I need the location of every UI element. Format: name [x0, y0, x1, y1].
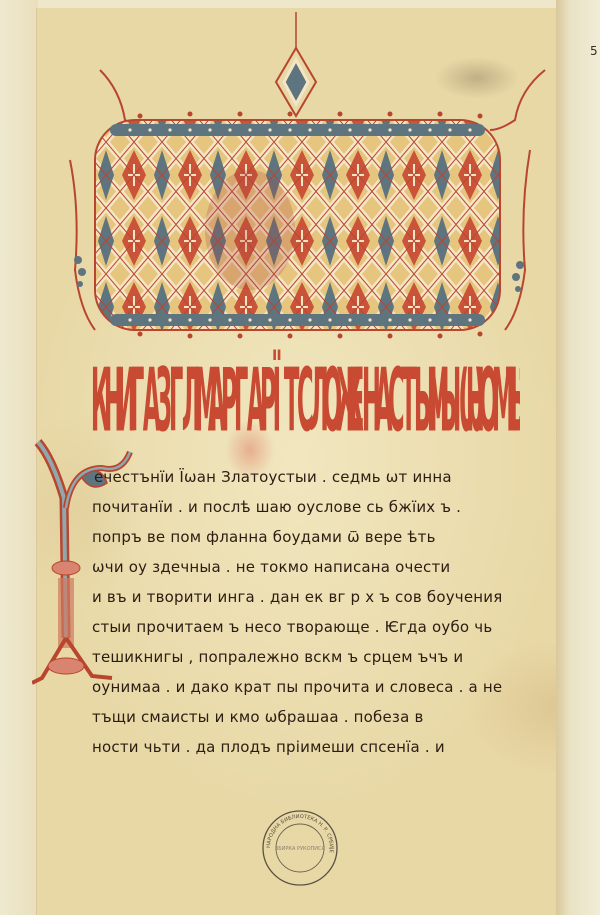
title-glyph: О [479, 357, 486, 444]
folio-number: 5 [590, 44, 598, 58]
title-glyph: И [117, 357, 124, 444]
title-glyph: Л [182, 357, 189, 444]
text-line: тъщи смаисты и кмо ѡбрашаа . побеза в [92, 702, 532, 732]
text-line: ѡчи оу здечныа . не токмо написана очест… [92, 552, 532, 582]
text-line: попръ ве пом фланна боудами ѿ вере ѣть [92, 522, 532, 552]
library-stamp: НАРОДНА БИБЛИОТЕКА Н. Р. СРБИЈЕ ЗБИРКА Р… [260, 808, 340, 888]
title-glyph: М [492, 357, 499, 444]
text-line: ечестънїи Їѡан Златоустыи . седмь ѡт инн… [92, 462, 532, 492]
text-line: почитанїи . и послѣ шаю оуслове сь бжїих… [92, 492, 532, 522]
text-line: оунимаа . и дако крат пы прочита и слове… [92, 672, 532, 702]
title-glyph: М [195, 357, 202, 444]
text-line: ности чьти . да плодъ прiимеши спсенїа .… [92, 732, 532, 762]
title-glyph: Е [349, 357, 356, 444]
title-glyph: Т [284, 357, 291, 444]
title-glyph: О [323, 357, 330, 444]
title-vyaz: К Н И Г А З Г Л М А Р Г А Р Ї Т С Л О Ж … [88, 269, 520, 444]
title-glyph: Т [401, 357, 408, 444]
title-glyph: А [143, 357, 150, 444]
manuscript-body-text: ечестънїи Їѡан Златоустыи . седмь ѡт инн… [92, 462, 532, 762]
title-glyph: ІѠ [453, 357, 460, 444]
title-glyph: Г [169, 357, 176, 444]
title-glyph: З [156, 357, 163, 444]
text-line: тешикнигы , попралежно вскм ъ срцем ъчъ … [92, 642, 532, 672]
title-glyph: Л [310, 357, 317, 444]
title-glyph: Н [362, 357, 369, 444]
title-glyph: А [375, 357, 382, 444]
title-glyph: Ь [440, 357, 447, 444]
title-glyph: Г [130, 357, 137, 444]
title-glyph: Н [466, 357, 473, 444]
title-glyph: Ы [414, 357, 421, 444]
title-glyph: З [518, 357, 520, 444]
title-glyph: С [388, 357, 395, 444]
title-glyph: М [427, 357, 434, 444]
background-right-edge [556, 0, 600, 915]
title-glyph: Ж [336, 357, 343, 444]
title-glyph: Ъ [505, 357, 512, 444]
title-glyph: С [297, 357, 304, 444]
title-glyph: Н [104, 357, 111, 444]
text-line: и въ и творити инга . дан ек вг р х ъ со… [92, 582, 532, 612]
title-glyph: А [208, 357, 215, 444]
text-line: стыи прочитаем ъ несо творающе . Ѥгда оу… [92, 612, 532, 642]
stamp-inner-text: ЗБИРКА РУКОПИСА [275, 846, 325, 852]
title-glyph: К [91, 357, 98, 444]
